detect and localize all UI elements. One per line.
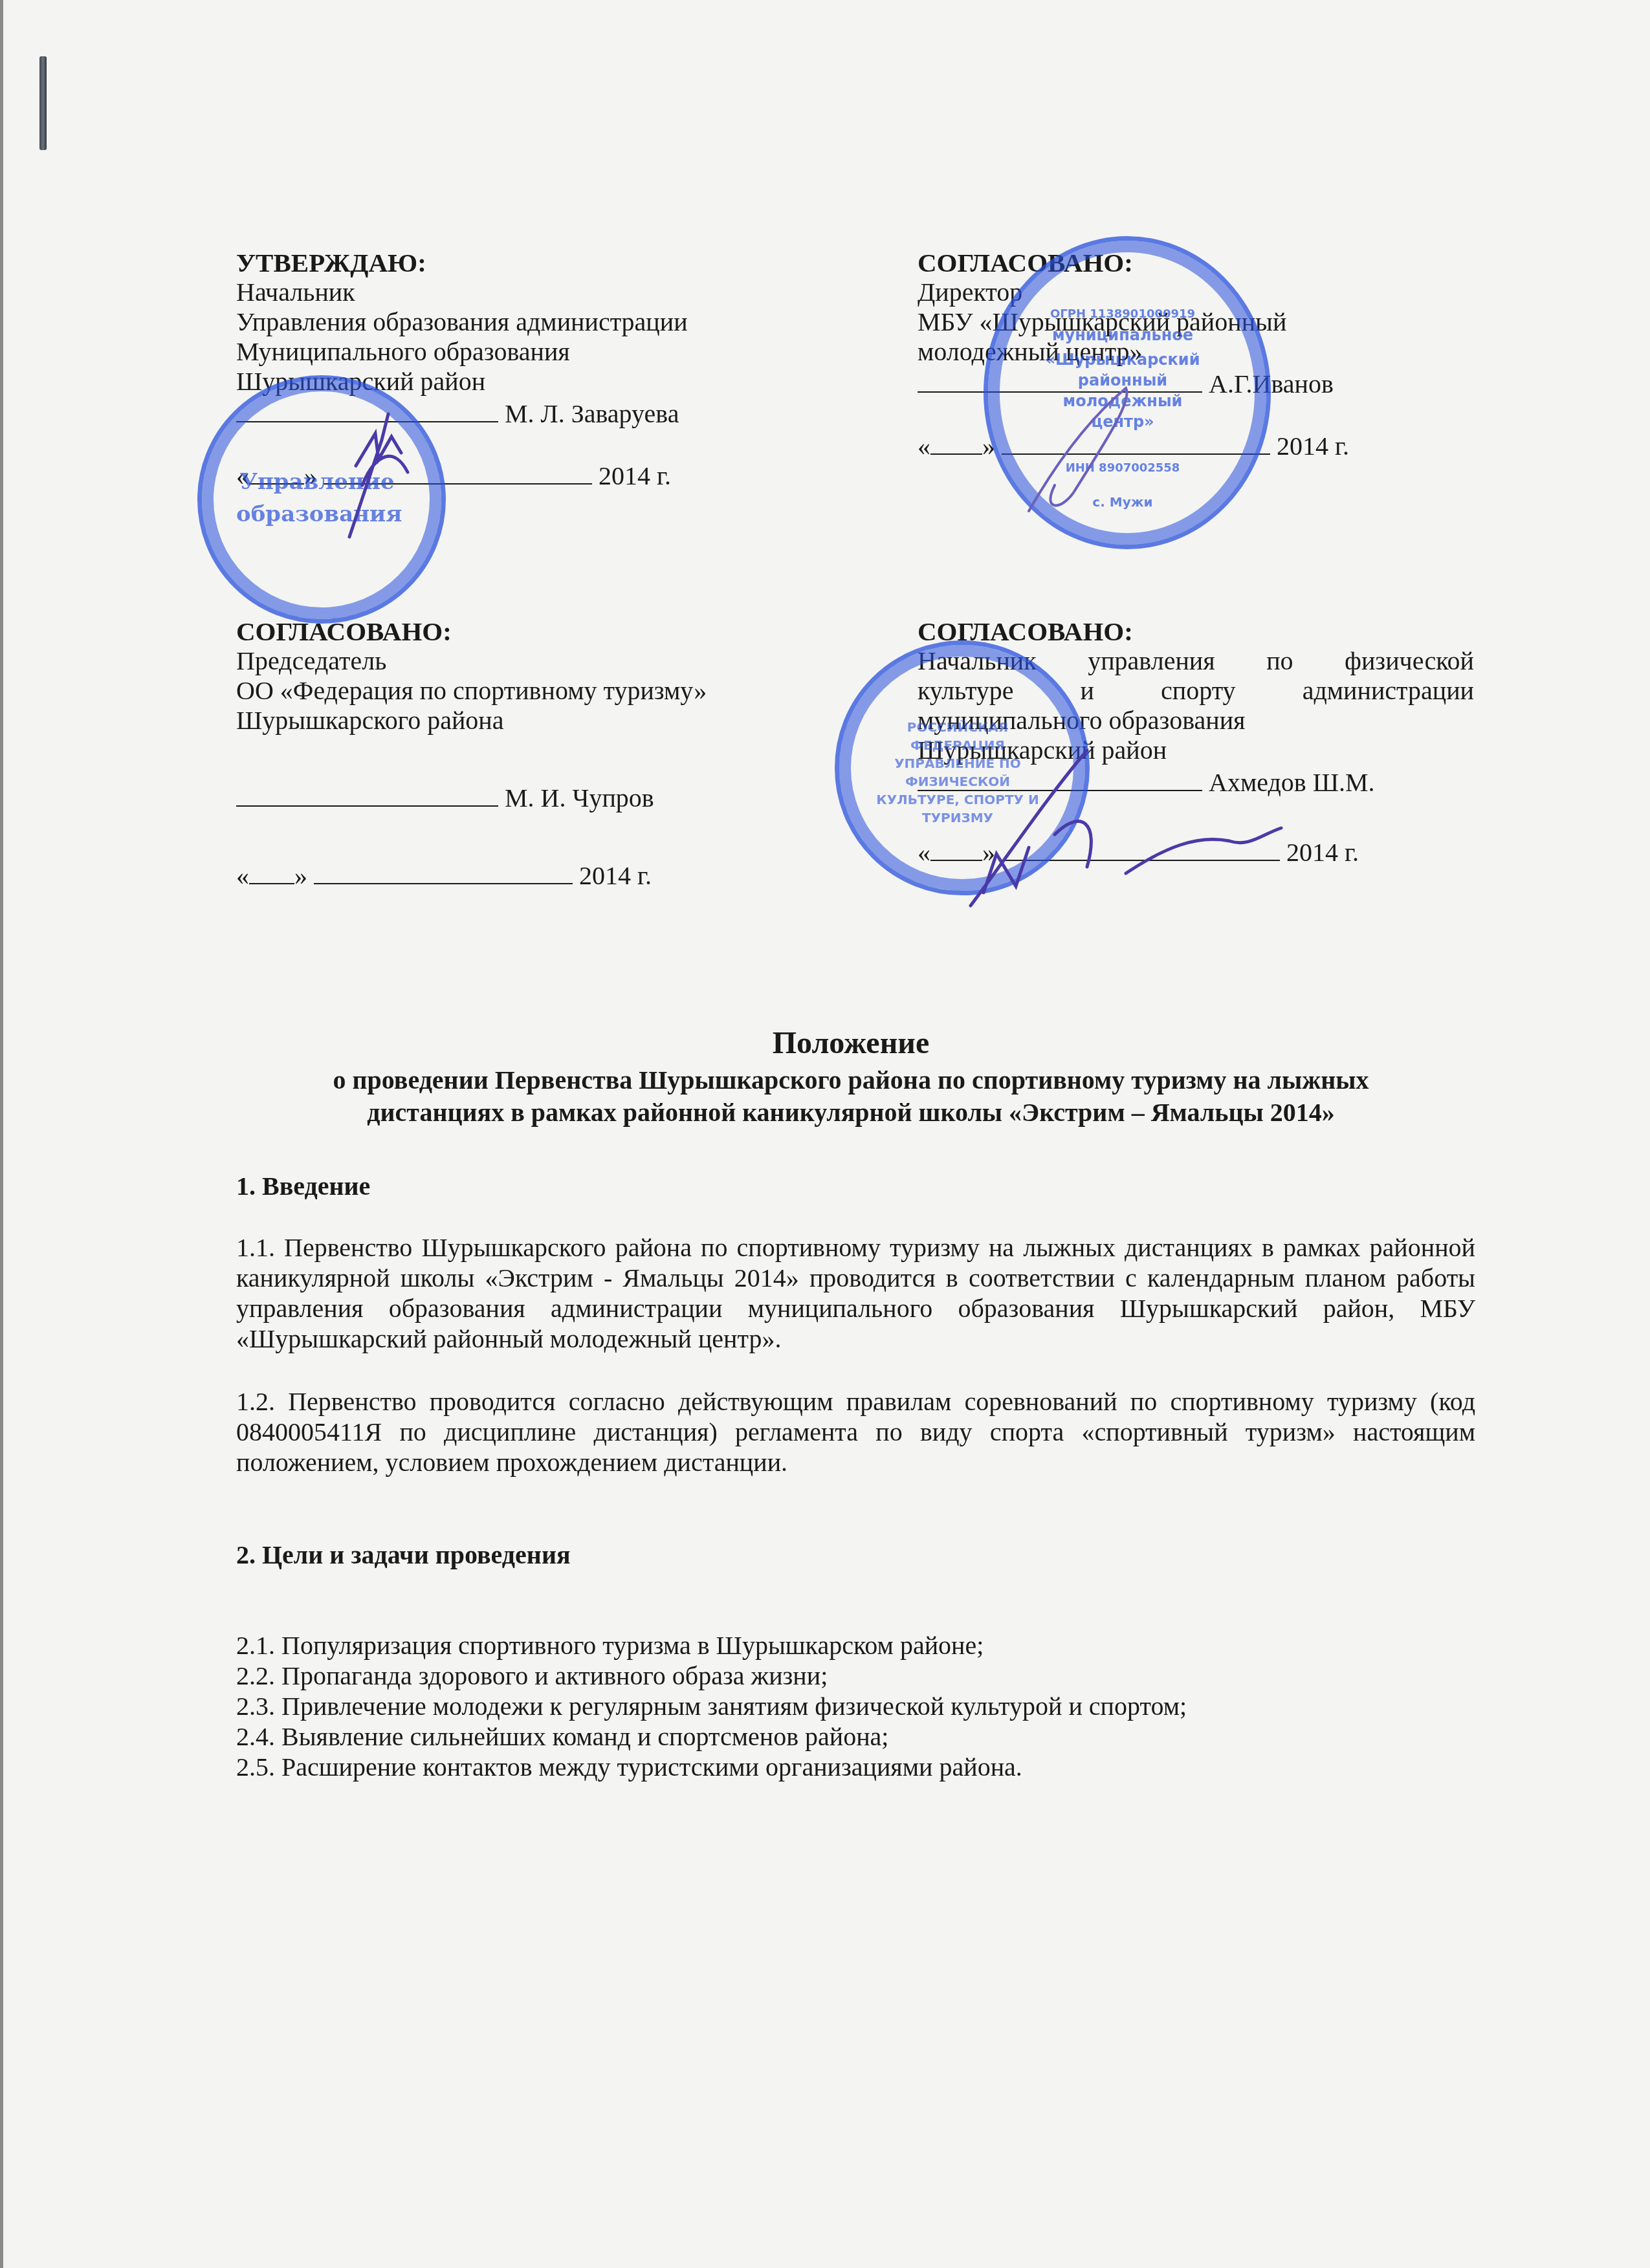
position-line: Шурышкарский район [918, 736, 1474, 765]
signature-row: М. И. Чупров [236, 781, 844, 813]
signature-row: А.Г.Иванов [918, 367, 1500, 399]
date-month-blank [1002, 429, 1270, 455]
date-year: 2014 г. [1277, 431, 1349, 461]
position-line: МБУ «Шурышкарский районный [918, 307, 1500, 337]
page-edge [0, 0, 3, 2268]
date-row: «» 2014 г. [918, 835, 1474, 867]
signer-name: М. И. Чупров [505, 783, 654, 812]
position-line: Муниципального образования [236, 337, 844, 367]
signature-row: М. Л. Заваруева [236, 397, 844, 429]
date-row: «» 2014 г. [918, 429, 1500, 461]
signer-name: А.Г.Иванов [1209, 369, 1334, 398]
goals-list: 2.1. Популяризация спортивного туризма в… [236, 1630, 1475, 1782]
section-heading-goals: 2. Цели и задачи проведения [236, 1540, 1475, 1570]
signature-row: Ахмедов Ш.М. [918, 765, 1474, 798]
list-item: 2.1. Популяризация спортивного туризма в… [236, 1630, 1475, 1661]
date-year: 2014 г. [599, 461, 671, 490]
position-line: Начальник [236, 278, 844, 307]
position-line: Директор [918, 278, 1500, 307]
position-line: Начальник управления по физической [918, 646, 1474, 676]
signature-line [918, 765, 1202, 791]
position-line: Управления образования администрации [236, 307, 844, 337]
position-line: Шурышкарского района [236, 706, 844, 736]
approval-block-youth-center: СОГЛАСОВАНО: Директор МБУ «Шурышкарский … [918, 248, 1500, 461]
list-item: 2.4. Выявление сильнейших команд и спорт… [236, 1721, 1475, 1752]
signature-line [236, 397, 498, 422]
date-row: «» 2014 г. [236, 459, 844, 491]
date-month-blank [314, 858, 573, 884]
date-row: «» 2014 г. [236, 858, 844, 891]
signer-name: Ахмедов Ш.М. [1209, 768, 1375, 797]
date-day-blank [930, 429, 982, 455]
section-heading-introduction: 1. Введение [236, 1171, 1475, 1201]
position-line: Председатель [236, 646, 844, 676]
signature-line [236, 781, 498, 807]
list-item: 2.5. Расширение контактов между туристск… [236, 1752, 1475, 1782]
position-line: ОО «Федерация по спортивному туризму» [236, 676, 844, 706]
date-year: 2014 г. [1286, 838, 1359, 867]
position-line: Шурышкарский район [236, 367, 844, 397]
document-title: Положение [220, 1025, 1482, 1062]
block-heading: УТВЕРЖДАЮ: [236, 248, 844, 278]
list-item: 2.3. Привлечение молодежи к регулярным з… [236, 1691, 1475, 1721]
position-line: муниципального образования [918, 706, 1474, 736]
date-day-blank [930, 835, 982, 861]
block-heading: СОГЛАСОВАНО: [918, 248, 1500, 278]
staple [39, 56, 47, 150]
block-heading: СОГЛАСОВАНО: [918, 616, 1474, 646]
document-subtitle: о проведении Первенства Шурышкарского ра… [220, 1064, 1482, 1129]
approval-block-tourism-federation: СОГЛАСОВАНО: Председатель ОО «Федерация … [236, 616, 844, 891]
date-month-blank [324, 459, 592, 485]
date-day-blank [249, 858, 294, 884]
date-year: 2014 г. [579, 861, 652, 890]
approval-block-sports-department: СОГЛАСОВАНО: Начальник управления по физ… [918, 616, 1474, 867]
paragraph-1-1: 1.1. Первенство Шурышкарского района по … [236, 1232, 1475, 1354]
signature-line [918, 367, 1202, 393]
paragraph-1-2: 1.2. Первенство проводится согласно дейс… [236, 1386, 1475, 1477]
signer-name: М. Л. Заваруева [505, 399, 679, 428]
block-heading: СОГЛАСОВАНО: [236, 616, 844, 646]
date-month-blank [1002, 835, 1280, 861]
position-line: молодежный центр» [918, 337, 1500, 367]
position-line: культуре и спорту администрации [918, 676, 1474, 706]
list-item: 2.2. Пропаганда здорового и активного об… [236, 1661, 1475, 1691]
approval-block-approve: УТВЕРЖДАЮ: Начальник Управления образова… [236, 248, 844, 491]
date-day-blank [249, 459, 304, 485]
